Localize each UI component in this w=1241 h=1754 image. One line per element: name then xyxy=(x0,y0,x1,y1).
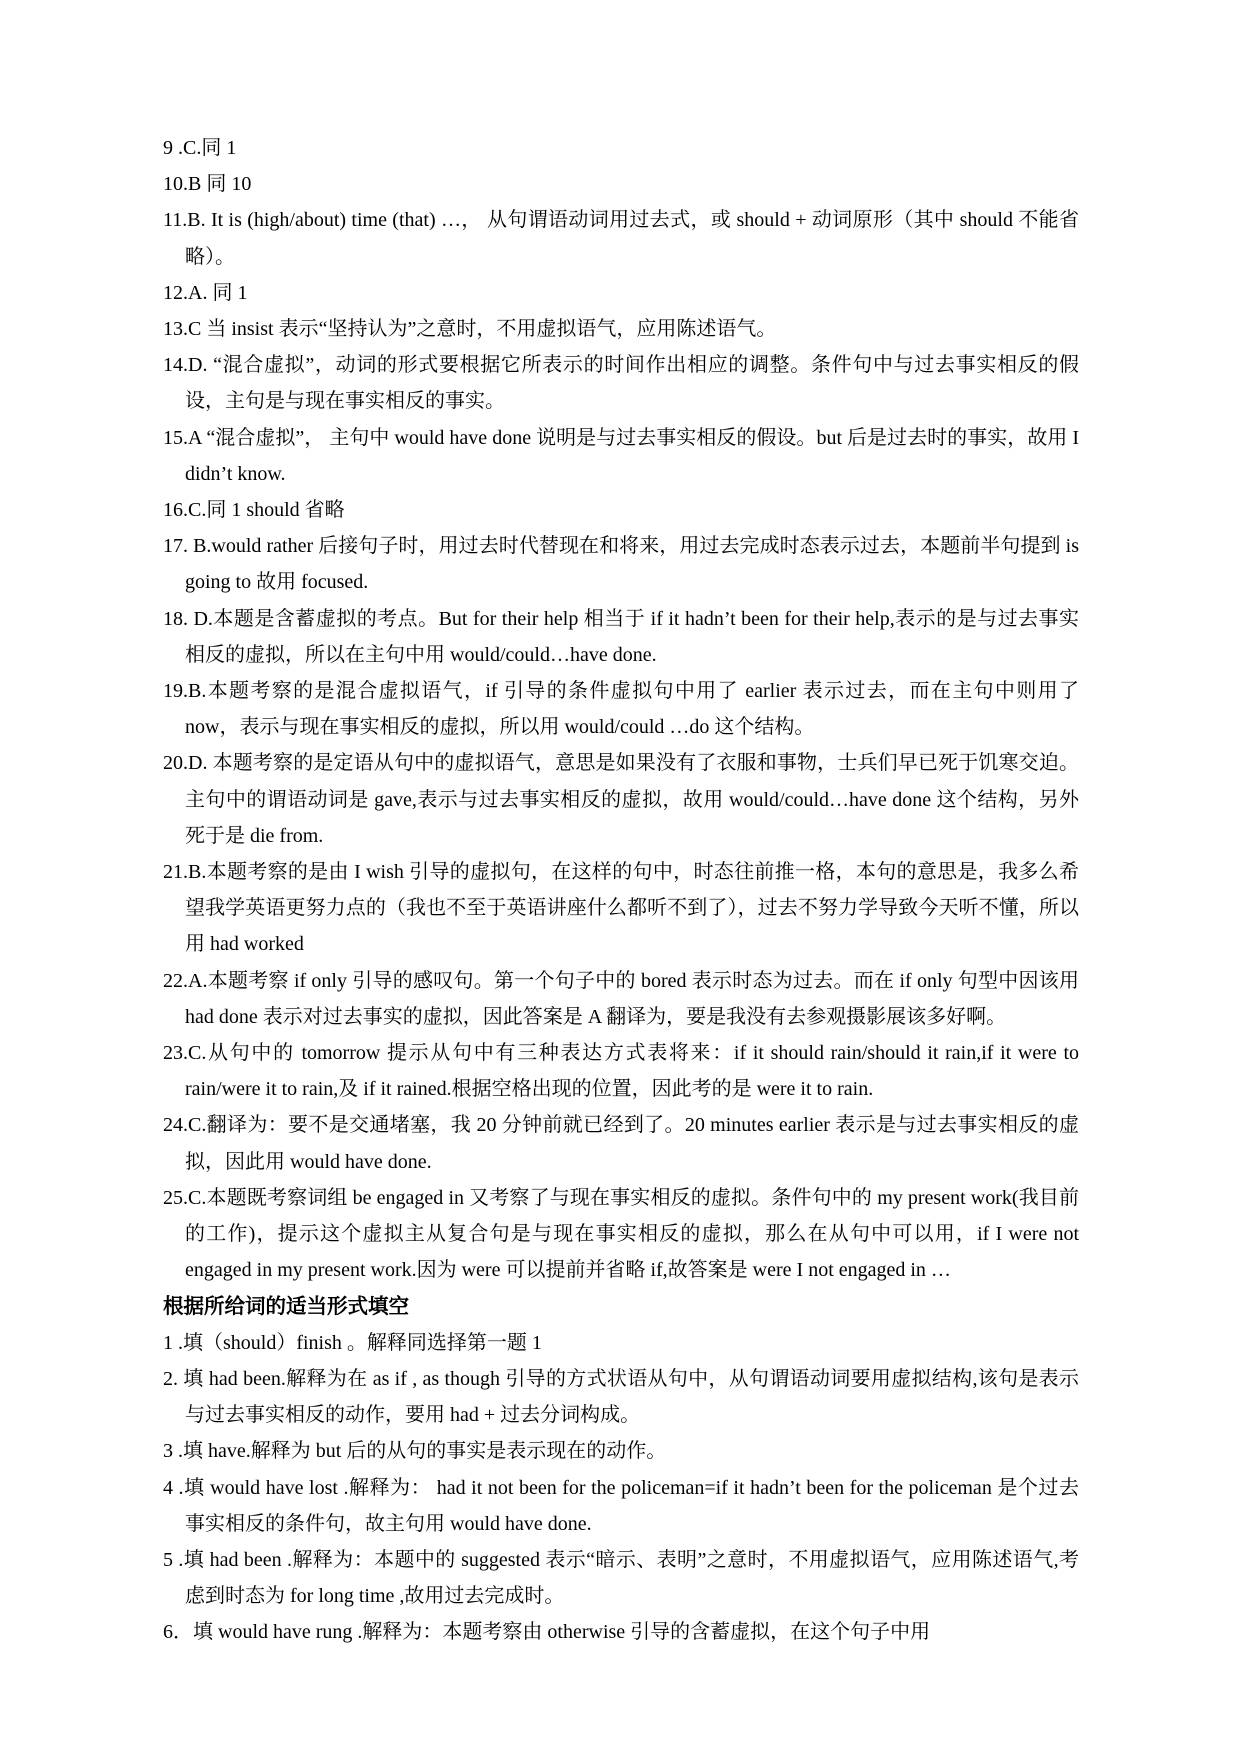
answer-item-21: 21.B.本题考察的是由 I wish 引导的虚拟句，在这样的句中，时态往前推一… xyxy=(163,854,1079,963)
fill-item-2: 2. 填 had been.解释为在 as if , as though 引导的… xyxy=(163,1361,1079,1433)
section-heading: 根据所给词的适当形式填空 xyxy=(163,1289,1079,1325)
fill-item-5: 5 .填 had been .解释为：本题中的 suggested 表示“暗示、… xyxy=(163,1542,1079,1614)
answer-item-17: 17. B.would rather 后接句子时，用过去时代替现在和将来，用过去… xyxy=(163,528,1079,600)
document-content: 9 .C.同 1 10.B 同 10 11.B. It is (high/abo… xyxy=(163,130,1079,1651)
answer-item-19: 19.B.本题考察的是混合虚拟语气，if 引导的条件虚拟句中用了 earlier… xyxy=(163,673,1079,745)
answer-item-20: 20.D. 本题考察的是定语从句中的虚拟语气，意思是如果没有了衣服和事物，士兵们… xyxy=(163,745,1079,854)
answer-item-24: 24.C.翻译为：要不是交通堵塞，我 20 分钟前就已经到了。20 minute… xyxy=(163,1107,1079,1179)
answer-item-25: 25.C.本题既考察词组 be engaged in 又考察了与现在事实相反的虚… xyxy=(163,1180,1079,1289)
answer-item-16: 16.C.同 1 should 省略 xyxy=(163,492,1079,528)
answer-item-18: 18. D.本题是含蓄虚拟的考点。But for their help 相当于 … xyxy=(163,601,1079,673)
answer-item-9: 9 .C.同 1 xyxy=(163,130,1079,166)
fill-item-4: 4 .填 would have lost .解释为： had it not be… xyxy=(163,1470,1079,1542)
answer-item-13: 13.C 当 insist 表示“坚持认为”之意时，不用虚拟语气，应用陈述语气。 xyxy=(163,311,1079,347)
answer-item-15: 15.A “混合虚拟”， 主句中 would have done 说明是与过去事… xyxy=(163,420,1079,492)
document-page: 9 .C.同 1 10.B 同 10 11.B. It is (high/abo… xyxy=(0,0,1241,1754)
answer-item-12: 12.A. 同 1 xyxy=(163,275,1079,311)
answer-item-22: 22.A.本题考察 if only 引导的感叹句。第一个句子中的 bored 表… xyxy=(163,963,1079,1035)
answer-item-14: 14.D. “混合虚拟”，动词的形式要根据它所表示的时间作出相应的调整。条件句中… xyxy=(163,347,1079,419)
answer-item-23: 23.C.从句中的 tomorrow 提示从句中有三种表达方式表将来：if it… xyxy=(163,1035,1079,1107)
answer-item-10: 10.B 同 10 xyxy=(163,166,1079,202)
fill-item-3: 3 .填 have.解释为 but 后的从句的事实是表示现在的动作。 xyxy=(163,1433,1079,1469)
fill-item-1: 1 .填（should）finish 。解释同选择第一题 1 xyxy=(163,1325,1079,1361)
fill-item-6: 6．填 would have rung .解释为：本题考察由 otherwise… xyxy=(163,1614,1079,1650)
answer-item-11: 11.B. It is (high/about) time (that) …， … xyxy=(163,202,1079,274)
